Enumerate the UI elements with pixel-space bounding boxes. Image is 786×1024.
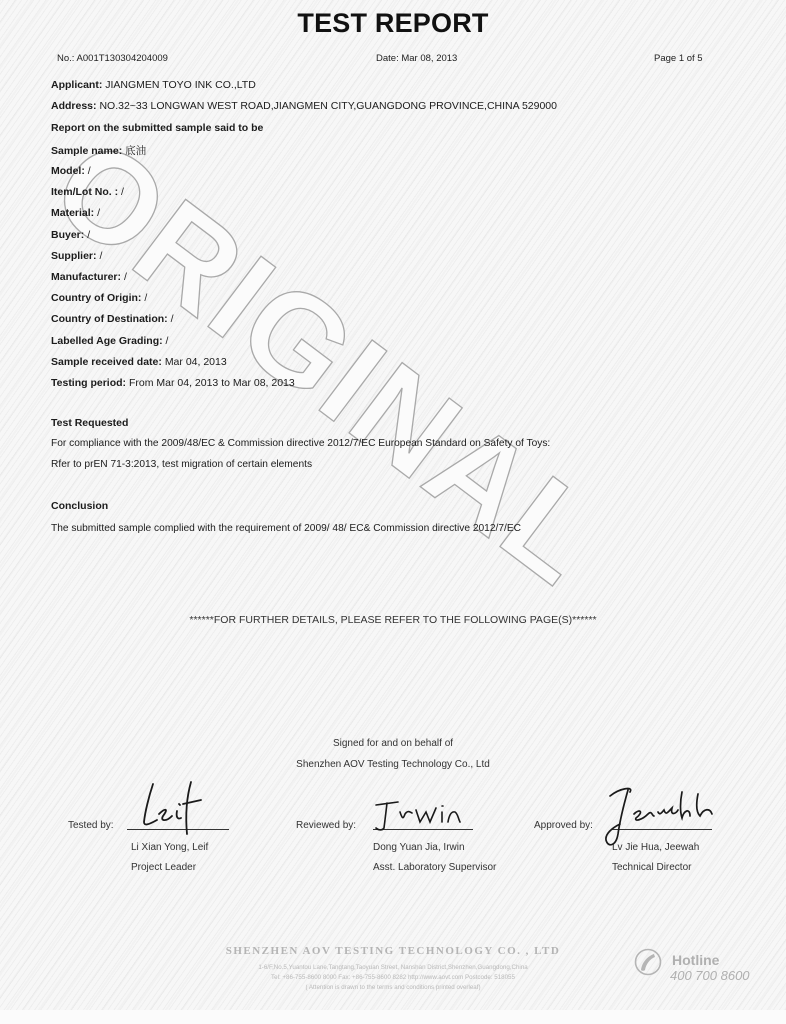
reviewed-by-label: Reviewed by: xyxy=(296,820,356,831)
field-label: Material: xyxy=(51,207,94,219)
field-label: Report on the submitted sample said to b… xyxy=(51,122,263,134)
signing-company: Shenzhen AOV Testing Technology Co., Ltd xyxy=(0,759,786,770)
footer-company-name: SHENZHEN AOV TESTING TECHNOLOGY CO. , LT… xyxy=(0,945,786,957)
test-requested-line: For compliance with the 2009/48/EC & Com… xyxy=(51,438,550,449)
field-label: Applicant: xyxy=(51,79,102,91)
signature-leif-icon xyxy=(135,778,215,838)
tested-by-title: Project Leader xyxy=(131,862,196,873)
field-row: Labelled Age Grading: / xyxy=(51,335,168,347)
report-title: TEST REPORT xyxy=(0,8,786,39)
field-row: Sample name: 底油 xyxy=(51,143,146,158)
field-value: Mar 04, 2013 xyxy=(165,356,227,368)
footer-contact: Tel: +86-755-8600 8000 Fax: +86-755-8600… xyxy=(0,974,786,981)
field-label: Manufacturer: xyxy=(51,271,121,283)
test-requested-line: Rfer to prEN 71-3:2013, test migration o… xyxy=(51,459,312,470)
phone-handset-icon xyxy=(634,948,662,976)
field-row: Country of Destination: / xyxy=(51,313,174,325)
field-value: / xyxy=(88,165,91,177)
conclusion-text: The submitted sample complied with the r… xyxy=(51,523,521,534)
field-row: Report on the submitted sample said to b… xyxy=(51,122,263,134)
field-label: Country of Origin: xyxy=(51,292,141,304)
field-value: / xyxy=(144,292,147,304)
field-label: Address: xyxy=(51,100,97,112)
field-label: Testing period: xyxy=(51,377,126,389)
footer-attention-note: ( Attention is drawn to the terms and co… xyxy=(0,984,786,991)
field-row: Item/Lot No. : / xyxy=(51,186,124,198)
signature-irwin-icon xyxy=(372,798,472,838)
further-details-note: ******FOR FURTHER DETAILS, PLEASE REFER … xyxy=(0,614,786,626)
field-label: Sample received date: xyxy=(51,356,162,368)
field-label: Sample name: xyxy=(51,145,122,157)
field-row: Testing period: From Mar 04, 2013 to Mar… xyxy=(51,377,295,389)
field-value: From Mar 04, 2013 to Mar 08, 2013 xyxy=(129,377,295,389)
field-row: Buyer: / xyxy=(51,229,90,241)
field-value: / xyxy=(124,271,127,283)
test-requested-heading: Test Requested xyxy=(51,417,128,429)
field-value: 底油 xyxy=(125,145,146,157)
field-value: / xyxy=(97,207,100,219)
approved-by-title: Technical Director xyxy=(612,862,691,873)
hotline-label: Hotline xyxy=(672,952,719,968)
report-date: Date: Mar 08, 2013 xyxy=(376,53,457,64)
field-value: NO.32~33 LONGWAN WEST ROAD,JIANGMEN CITY… xyxy=(99,100,557,112)
field-label: Labelled Age Grading: xyxy=(51,335,163,347)
reviewed-by-title: Asst. Laboratory Supervisor xyxy=(373,862,496,873)
field-label: Country of Destination: xyxy=(51,313,168,325)
field-label: Item/Lot No. : xyxy=(51,186,118,198)
signed-on-behalf-line: Signed for and on behalf of xyxy=(0,738,786,749)
field-value: / xyxy=(166,335,169,347)
tested-by-label: Tested by: xyxy=(68,820,114,831)
field-row: Sample received date: Mar 04, 2013 xyxy=(51,356,227,368)
field-row: Model: / xyxy=(51,165,91,177)
field-row: Supplier: / xyxy=(51,250,102,262)
page-bottom-margin xyxy=(0,1010,786,1024)
field-row: Applicant: JIANGMEN TOYO INK CO.,LTD xyxy=(51,79,256,91)
field-row: Material: / xyxy=(51,207,100,219)
tested-by-name: Li Xian Yong, Leif xyxy=(131,842,208,853)
field-value: / xyxy=(87,229,90,241)
field-label: Supplier: xyxy=(51,250,97,262)
conclusion-heading: Conclusion xyxy=(51,500,108,512)
footer-address: 1-6/F,No.5,Yuantou Lane,Tangtang,Taoyuan… xyxy=(0,964,786,971)
field-row: Manufacturer: / xyxy=(51,271,127,283)
reviewed-by-name: Dong Yuan Jia, Irwin xyxy=(373,842,465,853)
field-label: Model: xyxy=(51,165,85,177)
field-value: / xyxy=(99,250,102,262)
report-number: No.: A001T130304204009 xyxy=(57,53,168,64)
field-label: Buyer: xyxy=(51,229,84,241)
field-value: JIANGMEN TOYO INK CO.,LTD xyxy=(105,79,256,91)
field-value: / xyxy=(121,186,124,198)
field-value: / xyxy=(171,313,174,325)
hotline-number: 400 700 8600 xyxy=(670,968,750,983)
report-page: ORIGINAL TEST REPORT No.: A001T130304204… xyxy=(0,0,786,1010)
field-row: Address: NO.32~33 LONGWAN WEST ROAD,JIAN… xyxy=(51,100,557,112)
field-row: Country of Origin: / xyxy=(51,292,147,304)
signature-jeewah-icon xyxy=(600,782,720,854)
page-indicator: Page 1 of 5 xyxy=(654,53,703,64)
approved-by-label: Approved by: xyxy=(534,820,593,831)
